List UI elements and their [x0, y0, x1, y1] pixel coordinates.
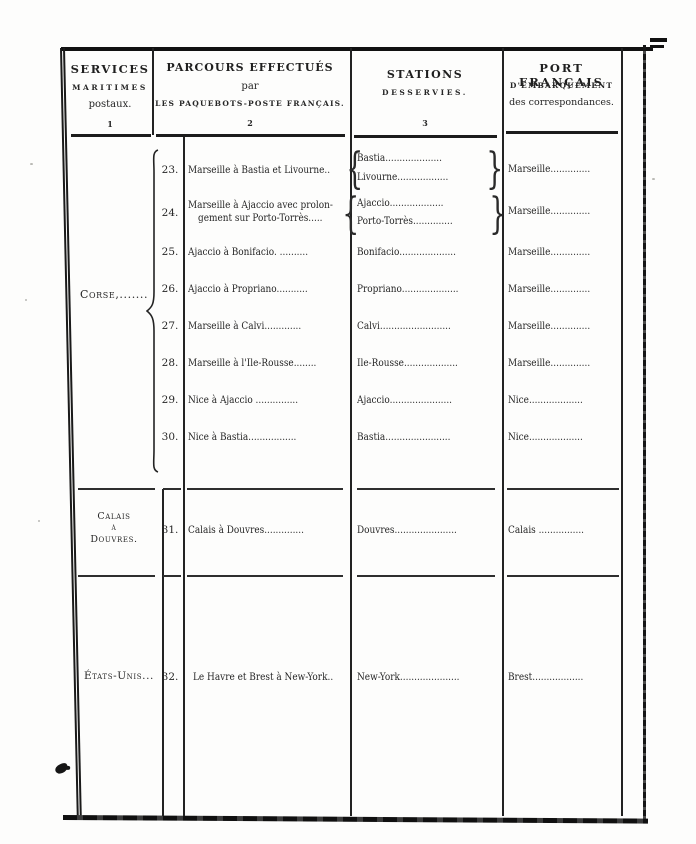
- service-label-calais-line1: Calais: [68, 511, 160, 522]
- header-col3-number: 3: [350, 118, 500, 128]
- table-border-top: [61, 47, 653, 51]
- separator2-col2: [187, 575, 343, 577]
- separator1-col1: [78, 488, 155, 490]
- header-services-title: SERVICES: [68, 62, 152, 76]
- service-label-calais-line3: Douvres.: [68, 534, 160, 545]
- corse-section-brace: [146, 149, 162, 473]
- header-services-sub: MARITIMES: [68, 83, 152, 92]
- route-number: 31.: [157, 524, 183, 536]
- route-description: Marseille à l'Ile-Rousse........: [188, 357, 348, 369]
- station-served: Porto-Torrès..............: [357, 215, 481, 227]
- station-served: Ile-Rousse...................: [357, 357, 499, 369]
- ink-blot-mark: [54, 762, 69, 775]
- station-served: Calvi.........................: [357, 320, 499, 332]
- route-description: Ajaccio à Propriano...........: [188, 283, 348, 295]
- embarkation-port: Nice...................: [508, 431, 620, 443]
- embarkation-port: Marseille..............: [508, 357, 620, 369]
- scan-speck: [652, 178, 655, 180]
- separator2-col1: [78, 575, 155, 577]
- station-served: Ajaccio......................: [357, 394, 499, 406]
- header-col1-number: 1: [68, 119, 152, 129]
- embarkation-port: Brest..................: [508, 671, 620, 683]
- route-description: Calais à Douvres..............: [188, 524, 348, 536]
- service-label-corse: Corse,.......: [80, 288, 148, 301]
- header-underline-col2: [156, 134, 345, 137]
- embarkation-port: Marseille..............: [508, 246, 620, 258]
- embarkation-port: Marseille..............: [508, 163, 620, 175]
- station-served: Propriano....................: [357, 283, 499, 295]
- route-number: 24.: [157, 207, 183, 219]
- separator2-col4: [507, 575, 619, 577]
- scan-speck: [30, 163, 33, 165]
- header-services-sub2: postaux.: [68, 99, 152, 110]
- route-description: Nice à Ajaccio ...............: [188, 394, 348, 406]
- route-description-line1: Marseille à Ajaccio avec prolon-: [188, 199, 348, 211]
- scanned-document-page: SERVICES MARITIMES postaux. 1 PARCOURS E…: [0, 0, 696, 844]
- page-fold-mark-top: [650, 38, 667, 42]
- embarkation-port: Marseille..............: [508, 205, 620, 217]
- page-fold-mark-bottom: [650, 45, 664, 48]
- station-served: New-York.....................: [357, 671, 499, 683]
- station-served: Bastia.......................: [357, 431, 499, 443]
- scan-speck: [25, 299, 27, 301]
- embarkation-port: Calais ................: [508, 524, 620, 536]
- header-parcours-title: PARCOURS EFFECTUÉS: [154, 61, 346, 74]
- embarkation-port: Nice...................: [508, 394, 620, 406]
- route-description: Nice à Bastia.................: [188, 431, 348, 443]
- separator1-col4: [507, 488, 619, 490]
- service-label-etats-unis: États-Unis...: [84, 670, 154, 682]
- stations-close-brace: }: [486, 148, 503, 191]
- rule-numbers-col2: [183, 135, 185, 816]
- table-border-bottom: [63, 815, 648, 824]
- scan-speck: [38, 520, 40, 522]
- separator1-col2: [187, 488, 343, 490]
- service-label-calais-line2: à: [68, 523, 160, 533]
- rule-col4-margin: [621, 48, 623, 816]
- route-description: Ajaccio à Bonifacio. ..........: [188, 246, 348, 258]
- header-parcours-par: par: [154, 81, 346, 92]
- route-number: 25.: [157, 246, 183, 258]
- embarkation-port: Marseille..............: [508, 320, 620, 332]
- route-description: Marseille à Calvi.............: [188, 320, 348, 332]
- stations-close-brace: }: [489, 193, 506, 236]
- header-port-sub2: des correspondances.: [503, 97, 620, 108]
- station-served: Ajaccio...................: [357, 197, 481, 209]
- route-number: 29.: [157, 394, 183, 406]
- embarkation-port: Marseille..............: [508, 283, 620, 295]
- header-parcours-sub: LES PAQUEBOTS-POSTE FRANÇAIS.: [154, 99, 346, 108]
- route-description: Marseille à Bastia et Livourne..: [188, 164, 348, 176]
- station-served: Douvres......................: [357, 524, 499, 536]
- route-number: 27.: [157, 320, 183, 332]
- rule-col1-numbers-lower: [162, 489, 164, 816]
- route-number: 23.: [157, 164, 183, 176]
- route-number: 28.: [157, 357, 183, 369]
- station-served: Bonifacio....................: [357, 246, 499, 258]
- separator2-num: [163, 575, 181, 577]
- table-border-right: [643, 45, 646, 820]
- separator1-num: [163, 488, 181, 490]
- route-description-line2: gement sur Porto-Torrès.....: [198, 212, 348, 224]
- header-underline-col4: [506, 131, 618, 134]
- route-number: 26.: [157, 283, 183, 295]
- header-stations-title: STATIONS: [350, 68, 500, 81]
- separator2-col3: [357, 575, 495, 577]
- header-underline-col1: [71, 134, 151, 137]
- route-number: 30.: [157, 431, 183, 443]
- table-border-left: [60, 48, 82, 820]
- separator1-col3: [357, 488, 495, 490]
- header-stations-sub: DESSERVIES.: [350, 88, 500, 97]
- header-col2-number: 2: [154, 118, 346, 128]
- station-served: Bastia....................: [357, 152, 481, 164]
- station-served: Livourne..................: [357, 171, 481, 183]
- route-number: 32.: [157, 671, 183, 683]
- header-port-sub: D'EMBARQUEMENT: [503, 81, 620, 90]
- header-underline-col3: [354, 135, 497, 138]
- route-description: Le Havre et Brest à New-York..: [193, 671, 353, 683]
